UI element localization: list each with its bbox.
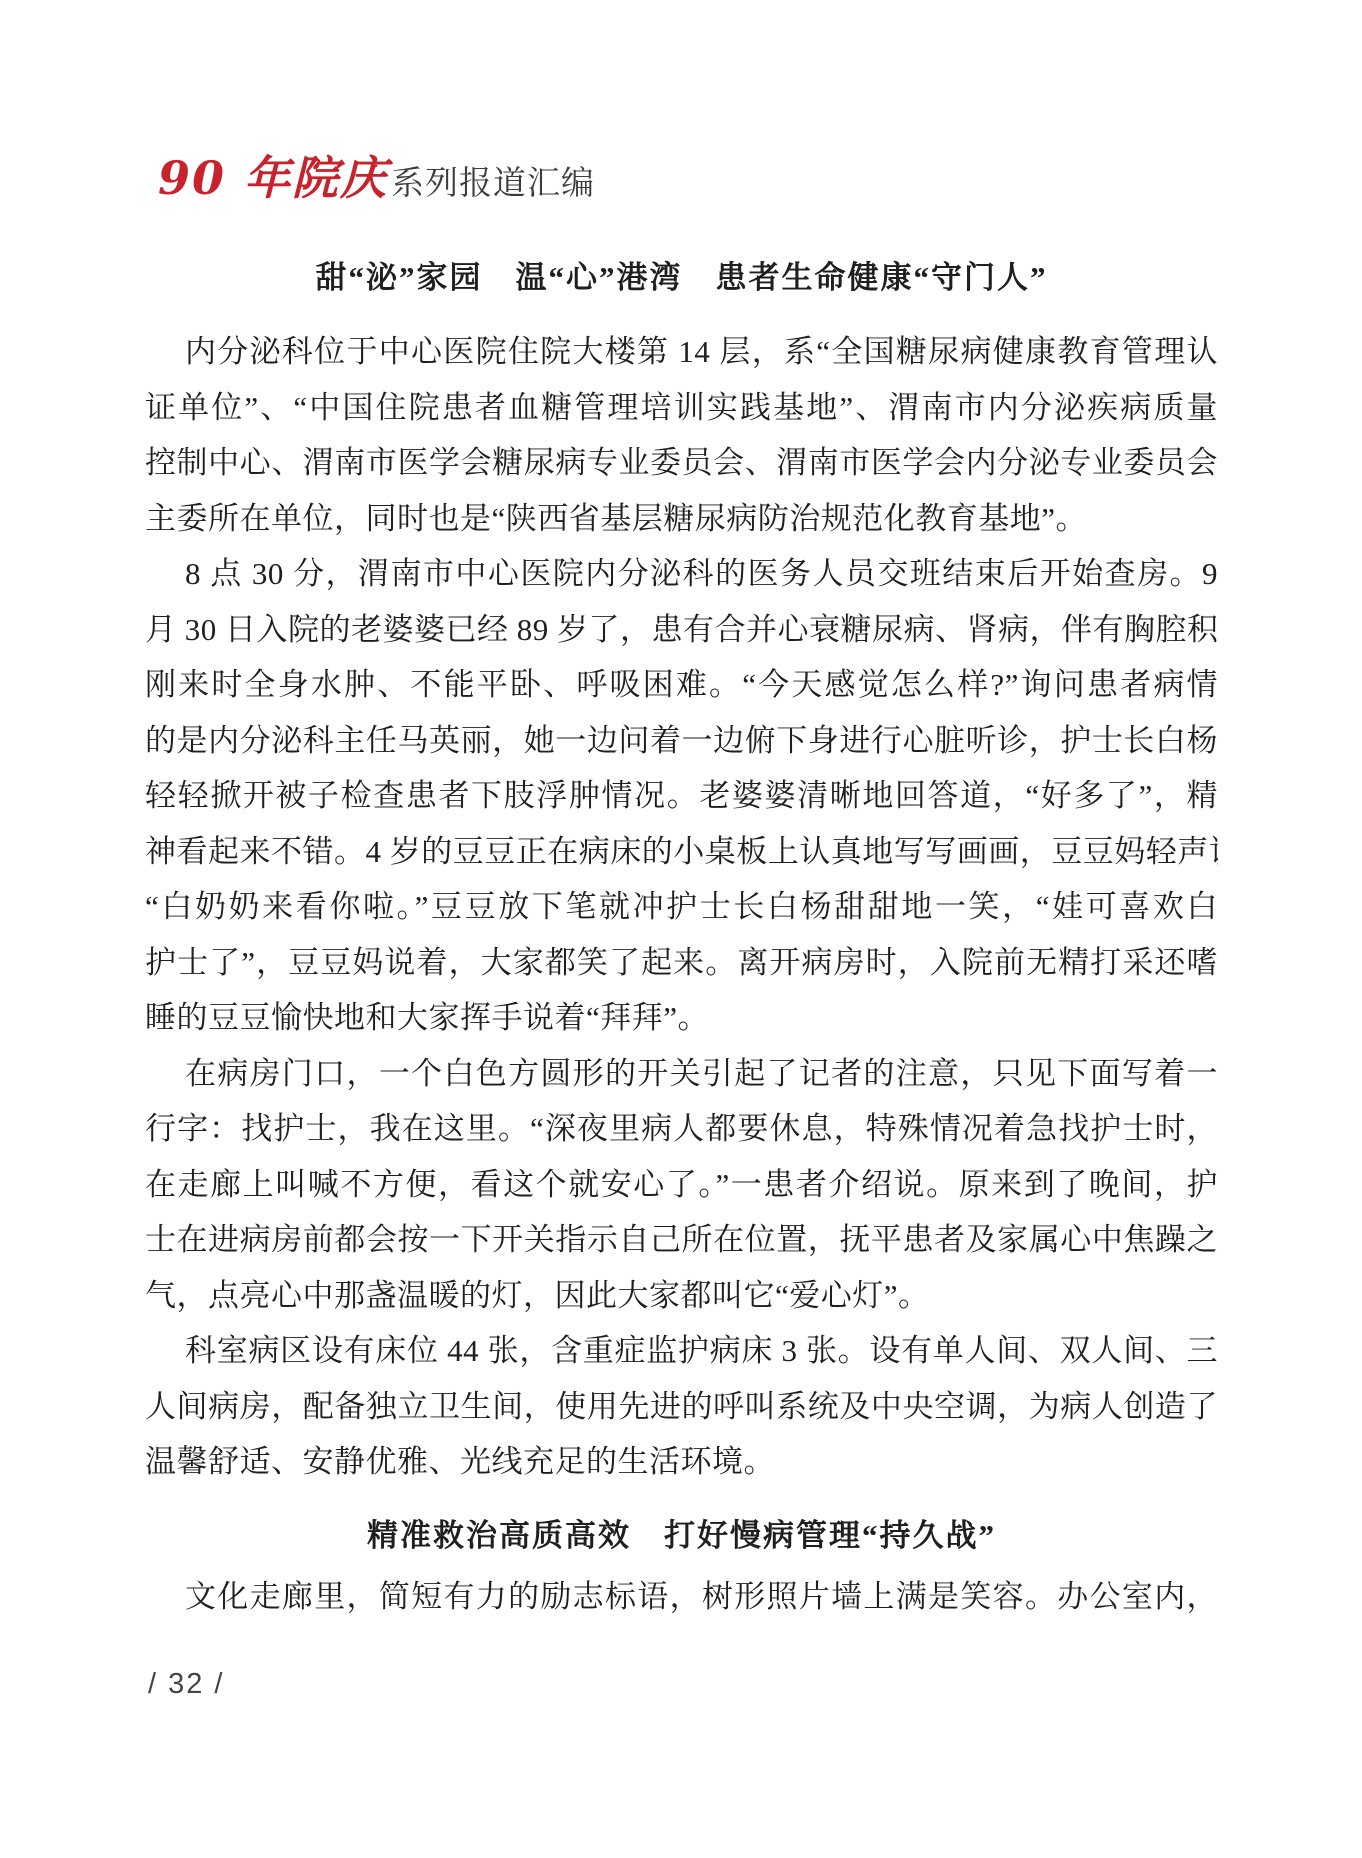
body-line: 内分泌科位于中心医院住院大楼第 14 层，系“全国糖尿病健康教育管理认 [145,324,1218,380]
body-line: 温馨舒适、安静优雅、光线充足的生活环境。 [145,1434,1218,1490]
body-line: 人间病房，配备独立卫生间，使用先进的呼叫系统及中央空调，为病人创造了 [145,1379,1218,1435]
paragraph: 文化走廊里，简短有力的励志标语，树形照片墙上满是笑容。办公室内， [145,1569,1218,1625]
paragraph: 内分泌科位于中心医院住院大楼第 14 层，系“全国糖尿病健康教育管理认证单位”、… [145,324,1218,546]
article-title: 甜“泌”家园 温“心”港湾 患者生命健康“守门人” [145,252,1218,297]
body-line: 睡的豆豆愉快地和大家挥手说着“拜拜”。 [145,990,1218,1046]
body-line: 月 30 日入院的老婆婆已经 89 岁了，患有合并心衰糖尿病、肾病，伴有胸腔积液… [145,602,1218,658]
body-line: “白奶奶来看你啦。”豆豆放下笔就冲护士长白杨甜甜地一笑，“娃可喜欢白 [145,879,1218,935]
paragraph: 科室病区设有床位 44 张，含重症监护病床 3 张。设有单人间、双人间、三人间病… [145,1323,1218,1490]
body-line: 控制中心、渭南市医学会糖尿病专业委员会、渭南市医学会内分泌专业委员会 [145,435,1218,491]
body-line: 证单位”、“中国住院患者血糖管理培训实践基地”、渭南市内分泌疾病质量 [145,380,1218,436]
paragraph: 在病房门口，一个白色方圆形的开关引起了记者的注意，只见下面写着一行字：找护士，我… [145,1046,1218,1324]
body-line: 科室病区设有床位 44 张，含重症监护病床 3 张。设有单人间、双人间、三 [145,1323,1218,1379]
page-number: / 32 / [148,1668,225,1700]
section-subheading: 精准救治高质高效 打好慢病管理“持久战” [145,1508,1218,1564]
body-line: 8 点 30 分，渭南市中心医院内分泌科的医务人员交班结束后开始查房。9 [145,546,1218,602]
body-line: 行字：找护士，我在这里。“深夜里病人都要休息，特殊情况着急找护士时， [145,1101,1218,1157]
body-line: 气，点亮心中那盏温暖的灯，因此大家都叫它“爱心灯”。 [145,1268,1218,1324]
body-line: 在走廊上叫喊不方便，看这个就安心了。”一患者介绍说。原来到了晚间，护 [145,1157,1218,1213]
body-line: 在病房门口，一个白色方圆形的开关引起了记者的注意，只见下面写着一 [145,1046,1218,1102]
masthead-brand-red: 90 年院庆 [158,142,388,208]
document-page: 90 年院庆 系列报道汇编 甜“泌”家园 温“心”港湾 患者生命健康“守门人” … [0,0,1362,1858]
masthead: 90 年院庆 系列报道汇编 [158,142,595,208]
masthead-brand-suffix: 系列报道汇编 [391,157,595,204]
article-body: 内分泌科位于中心医院住院大楼第 14 层，系“全国糖尿病健康教育管理认证单位”、… [145,324,1218,1625]
body-line: 主委所在单位，同时也是“陕西省基层糖尿病防治规范化教育基地”。 [145,491,1218,547]
body-line: 神看起来不错。4 岁的豆豆正在病床的小桌板上认真地写写画画，豆豆妈轻声说， [145,824,1218,880]
paragraph: 8 点 30 分，渭南市中心医院内分泌科的医务人员交班结束后开始查房。9月 30… [145,546,1218,1046]
body-line: 护士了”，豆豆妈说着，大家都笑了起来。离开病房时，入院前无精打采还嗜 [145,935,1218,991]
body-line: 轻轻掀开被子检查患者下肢浮肿情况。老婆婆清晰地回答道，“好多了”，精 [145,768,1218,824]
page-footer: / 32 / [148,1668,225,1701]
body-line: 文化走廊里，简短有力的励志标语，树形照片墙上满是笑容。办公室内， [145,1569,1218,1625]
body-line: 刚来时全身水肿、不能平卧、呼吸困难。“今天感觉怎么样?”询问患者病情 [145,657,1218,713]
body-line: 的是内分泌科主任马英丽，她一边问着一边俯下身进行心脏听诊，护士长白杨 [145,713,1218,769]
body-line: 士在进病房前都会按一下开关指示自己所在位置，抚平患者及家属心中焦躁之 [145,1212,1218,1268]
